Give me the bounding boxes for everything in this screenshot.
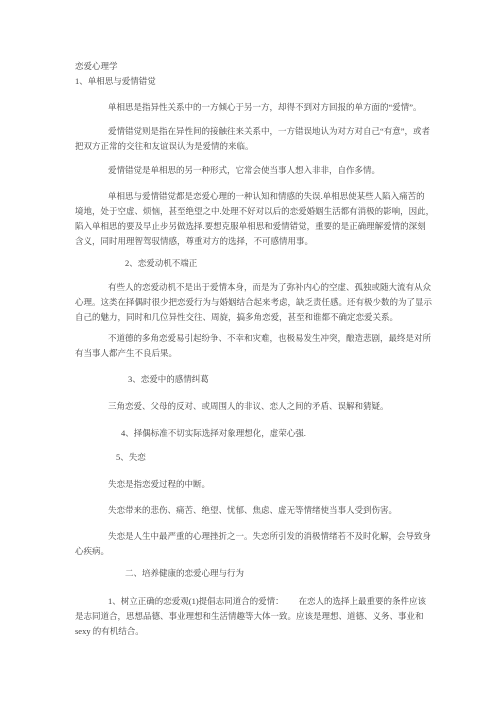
paragraph: 失恋是指恋爱过程的中断。 xyxy=(75,477,437,492)
paragraph: 1、树立正确的恋爱观(1)提倡志同道合的爱情： 在恋人的选择上最重要的条件应该 … xyxy=(75,594,437,639)
doc-title: 恋爱心理学 xyxy=(75,59,437,74)
paragraph: 不道德的多角恋爱易引起纷争、不幸和灾难，也极易发生冲突，酿造悲剧，最终是对所 有… xyxy=(75,331,437,361)
paragraph: 三角恋爱、父母的反对、或周围人的非议、恋人之间的矛盾、误解和猜疑。 xyxy=(75,399,437,414)
paragraph: 爱情错觉则是指在异性间的接触往来关系中，一方错误地认为对方对自己“有意”，或者 … xyxy=(75,124,437,154)
paragraph: 失恋是人生中最严重的心理挫折之一。失恋所引发的消极情绪若不及时化解，会导致身 心… xyxy=(75,529,437,559)
heading-item-4: 4、择偶标准不切实际选择对象理想化，虚荣心强. xyxy=(75,426,437,441)
heading-item-2: 2、恋爱动机不端正 xyxy=(75,256,437,271)
document-page: 恋爱心理学 1、单相思与爱情错觉 单相思是指异性关系中的一方倾心于另一方，却得不… xyxy=(0,0,496,702)
paragraph: 失恋带来的悲伤、痛苦、绝望、忧郁、焦虑、虚无等情绪使当事人受到伤害。 xyxy=(75,503,437,518)
paragraph: 爱情错觉是单相思的另一种形式，它常会使当事人想入非非，自作多情。 xyxy=(75,163,437,178)
paragraph: 有些人的恋爱动机不是出于爱情本身，而是为了弥补内心的空虚、孤独或随大流有从众 心… xyxy=(75,280,437,325)
paragraph: 单相思与爱情错觉都是恋爱心理的一种认知和情感的失误.单相思使某些人陷入痛苦的 境… xyxy=(75,189,437,249)
heading-item-5: 5、失恋 xyxy=(75,450,437,465)
heading-item-1: 1、单相思与爱情错觉 xyxy=(75,74,437,89)
paragraph: 单相思是指异性关系中的一方倾心于另一方，却得不到对方回报的单方面的“爱情”。 xyxy=(75,100,437,115)
heading-section-2: 二、培养健康的恋爱心理与行为 xyxy=(75,566,437,581)
heading-item-3: 3、恋爱中的感情纠葛 xyxy=(75,372,437,387)
